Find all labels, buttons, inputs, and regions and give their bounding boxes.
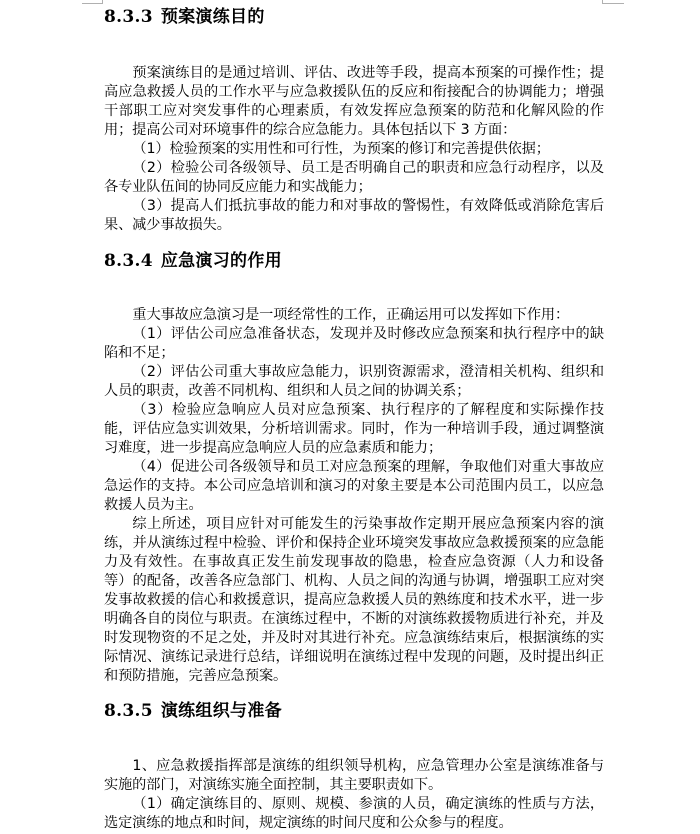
section-heading-8-3-3: 8.3.3预案演练目的 — [104, 6, 265, 28]
list-item: （4）促进公司各级领导和员工对应急预案的理解，争取他们对重大事故应急运作的支持。… — [104, 458, 604, 515]
page-corner-mark-right — [602, 0, 624, 4]
paragraph: 预案演练目的是通过培训、评估、改进等手段，提高本预案的可操作性；提高应急救援人员… — [104, 64, 604, 140]
section-heading-8-3-5: 8.3.5演练组织与准备 — [104, 700, 282, 722]
paragraph: 1、应急救援指挥部是演练的组织领导机构，应急管理办公室是演练准备与实施的部门，对… — [104, 757, 604, 795]
list-item: （2）检验公司各级领导、员工是否明确自己的职责和应急行动程序，以及各专业队伍间的… — [104, 159, 604, 197]
list-item: （1）确定演练目的、原则、规模、参演的人员，确定演练的性质与方法，选定演练的地点… — [104, 795, 604, 833]
section-number: 8.3.4 — [104, 251, 153, 271]
section-heading-8-3-4: 8.3.4应急演习的作用 — [104, 250, 282, 272]
list-item: （3）检验应急响应人员对应急预案、执行程序的了解程度和实际操作技能，评估应急实训… — [104, 401, 604, 458]
paragraph: 综上所述，项目应针对可能发生的污染事故作定期开展应急预案内容的演练，并从演练过程… — [104, 515, 604, 686]
paragraph: 重大事故应急演习是一项经常性的工作，正确运用可以发挥如下作用： — [104, 306, 604, 325]
section-title: 预案演练目的 — [161, 7, 265, 27]
section-title: 演练组织与准备 — [161, 701, 282, 721]
list-item: （2）评估公司重大事故应急能力，识别资源需求，澄清相关机构、组织和人员的职责，改… — [104, 363, 604, 401]
list-item: （1）检验预案的实用性和可行性，为预案的修订和完善提供依据； — [104, 140, 604, 159]
section-number: 8.3.5 — [104, 701, 153, 721]
section-number: 8.3.3 — [104, 7, 153, 27]
section-title: 应急演习的作用 — [161, 251, 282, 271]
page-corner-mark-left — [82, 0, 103, 4]
list-item: （3）提高人们抵抗事故的能力和对事故的警惕性，有效降低或消除危害后果、减少事故损… — [104, 197, 604, 235]
list-item: （1）评估公司应急准备状态，发现并及时修改应急预案和执行程序中的缺陷和不足； — [104, 325, 604, 363]
